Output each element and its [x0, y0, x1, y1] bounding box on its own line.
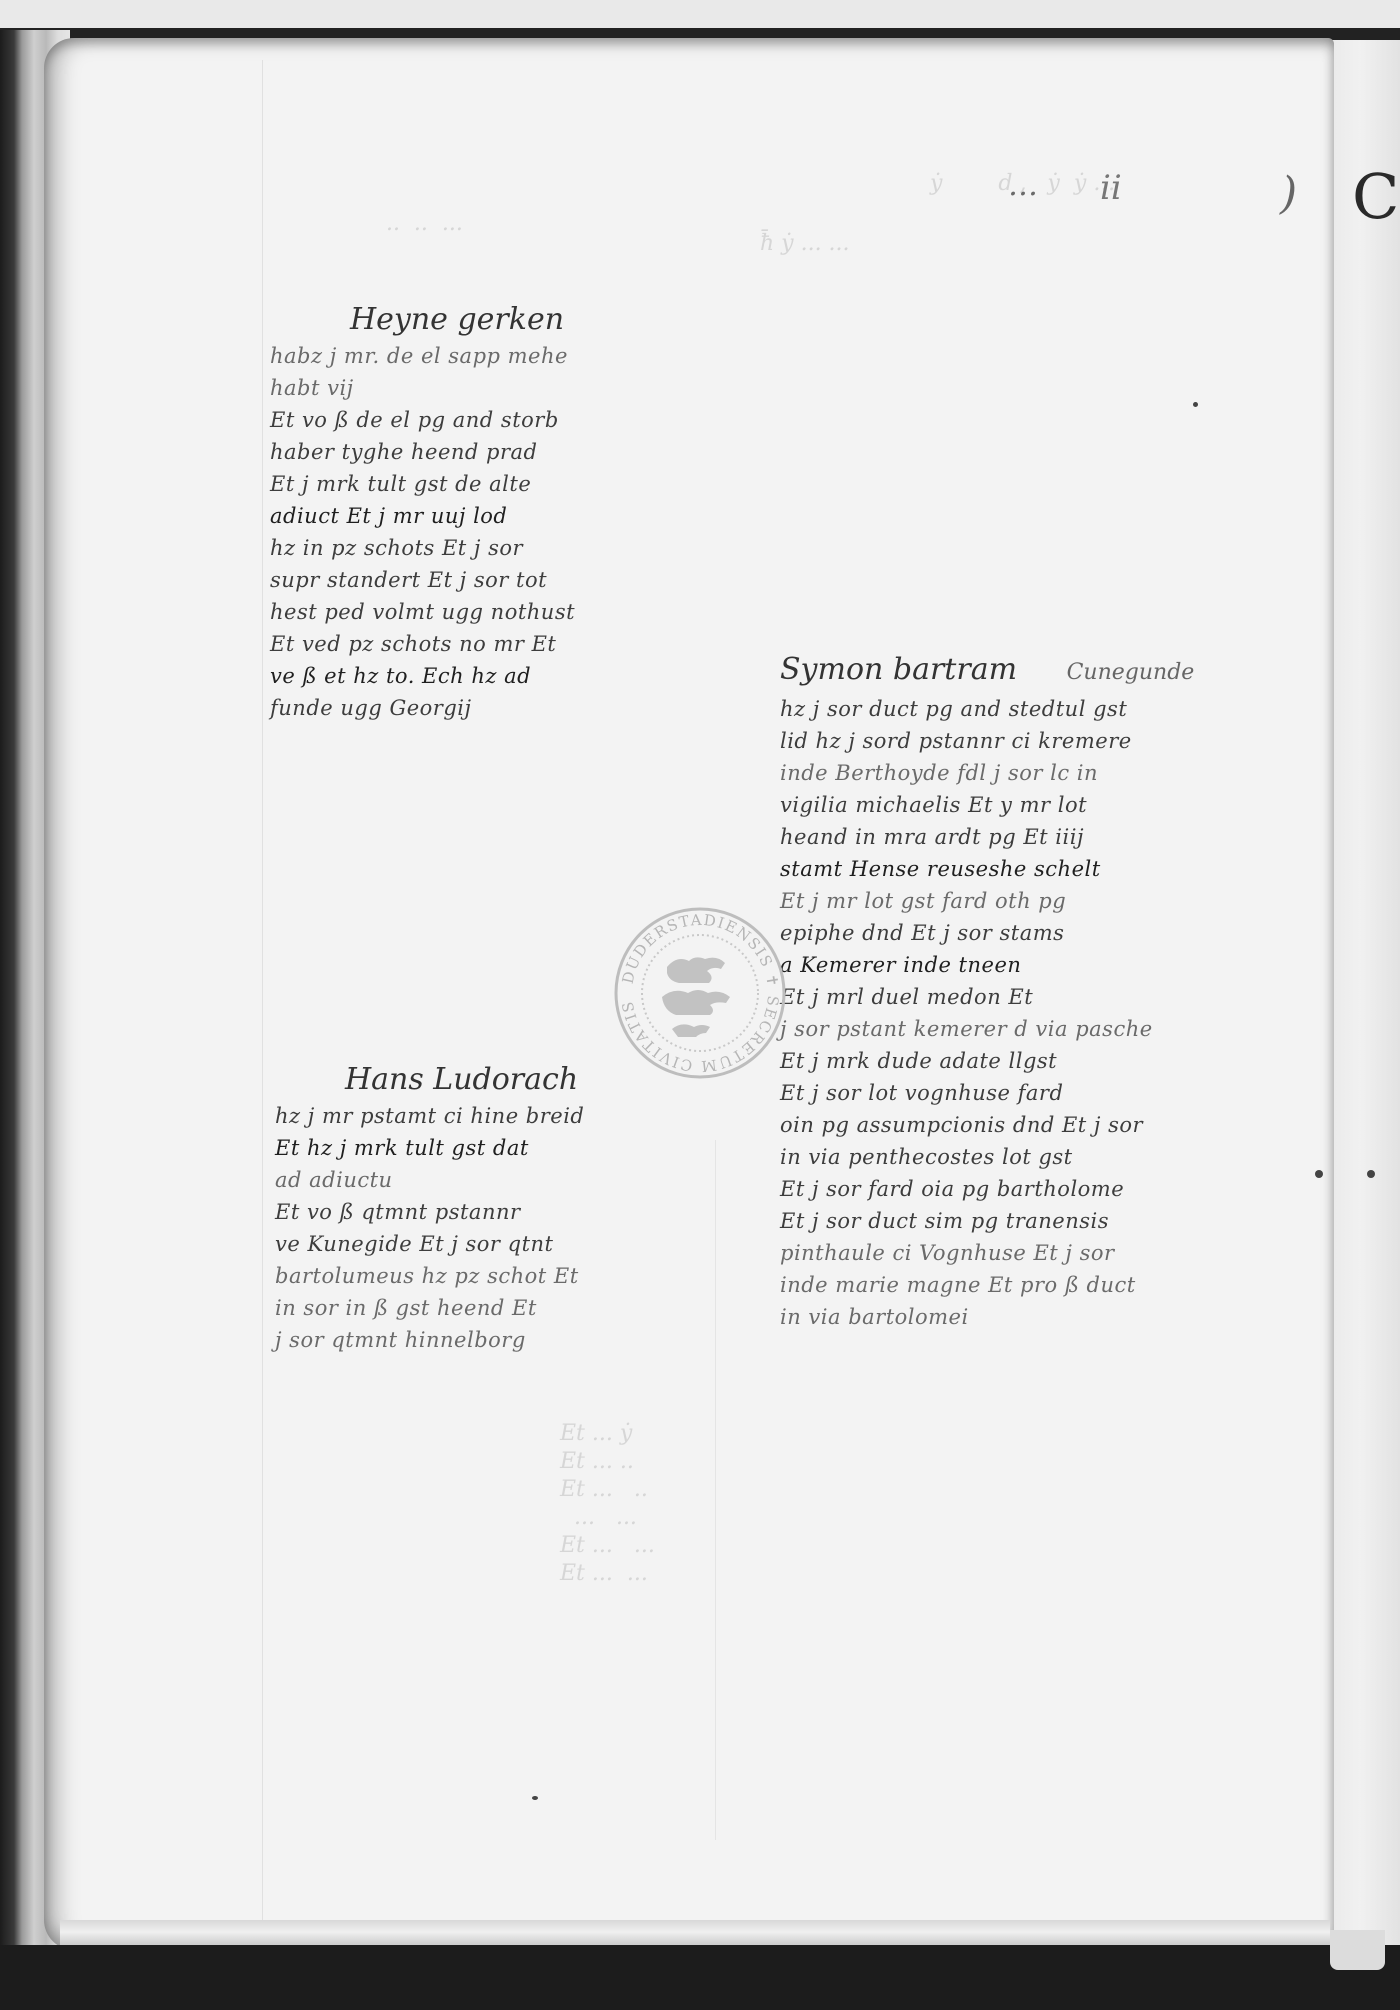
- entry-line: in sor in ß gst heend Et: [275, 1292, 584, 1324]
- entry-line: ad adiuctu: [275, 1164, 584, 1196]
- folio-letter: C: [1352, 160, 1399, 233]
- scan-bottom-background: [0, 1945, 1400, 2010]
- entry-line: pinthaule ci Vognhuse Et j sor: [780, 1237, 1194, 1269]
- entry-line: j sor pstant kemerer d via pasche: [780, 1013, 1194, 1045]
- entry-line: Et vo ß qtmnt pstannr: [275, 1196, 584, 1228]
- folio-mark-dots: …: [1008, 168, 1038, 203]
- entry-line: supr standert Et j sor tot: [270, 564, 575, 596]
- entry-heading-name: Symon bartram: [780, 652, 1017, 687]
- entry-line: Et j sor duct sim pg tranensis: [780, 1205, 1194, 1237]
- bleed-through-text: ħ̄ ẏ ... ...: [760, 230, 850, 258]
- entry-heyne-gerken: Heyne gerken habz j mr. de el sapp mehe …: [270, 300, 575, 724]
- entry-line: inde marie magne Et pro ß duct: [780, 1269, 1194, 1301]
- margin-ruling-line: [262, 60, 263, 1920]
- entry-line: heand in mra ardt pg Et iiij: [780, 821, 1194, 853]
- ink-spot: [1193, 402, 1198, 407]
- entry-hans-ludorach: Hans Ludorach hz j mr pstamt ci hine bre…: [275, 1060, 584, 1356]
- entry-line: Et j mrk tult gst de alte: [270, 468, 575, 500]
- entry-line: oin pg assumpcionis dnd Et j sor: [780, 1109, 1194, 1141]
- entry-line: in via bartolomei: [780, 1301, 1194, 1333]
- entry-line: hz in pz schots Et j sor: [270, 532, 575, 564]
- entry-line: haber tyghe heend prad: [270, 436, 575, 468]
- folio-mark-bracket: ): [1280, 168, 1297, 219]
- entry-line: hest ped volmt ugg nothust: [270, 596, 575, 628]
- entry-line: epiphe dnd Et j sor stams: [780, 917, 1194, 949]
- entry-line: funde ugg Georgij: [270, 692, 575, 724]
- entry-line: Et j mrk dude adate llgst: [780, 1045, 1194, 1077]
- page-tab: [1330, 1930, 1385, 1970]
- entry-line: inde Berthoyde fdl j sor lc in: [780, 757, 1194, 789]
- entry-line: ve Kunegide Et j sor qtnt: [275, 1228, 584, 1260]
- entry-heading: Symon bartram Cunegunde: [780, 650, 1194, 693]
- entry-line: vigilia michaelis Et y mr lot: [780, 789, 1194, 821]
- folio-mark-numeral: ii: [1100, 168, 1122, 208]
- ink-spot: [532, 1796, 538, 1800]
- entry-heading-suffix: Cunegunde: [1067, 660, 1195, 685]
- entry-line: a Kemerer inde tneen: [780, 949, 1194, 981]
- bleed-through-text: .. .. ...: [330, 210, 463, 238]
- entry-line: Et j mr lot gst fard oth pg: [780, 885, 1194, 917]
- city-seal-stamp: DUDERSTADIENSIS ✝ SECRETUM CIVITATIS: [612, 905, 788, 1081]
- bleed-through-text: Et ... ẏ Et ... .. Et ... .. ... ... Et …: [560, 1420, 655, 1588]
- entry-line: Et j sor lot vognhuse fard: [780, 1077, 1194, 1109]
- entry-line: stamt Hense reuseshe schelt: [780, 853, 1194, 885]
- entry-line: Et j sor fard oia pg bartholome: [780, 1173, 1194, 1205]
- entry-line: j sor qtmnt hinnelborg: [275, 1324, 584, 1356]
- entry-line: hz j sor duct pg and stedtul gst: [780, 693, 1194, 725]
- entry-line: in via penthecostes lot gst: [780, 1141, 1194, 1173]
- ink-spot: [1315, 1170, 1323, 1178]
- entry-line: Et vo ß de el pg and storb: [270, 404, 575, 436]
- entry-line: hz j mr pstamt ci hine breid: [275, 1100, 584, 1132]
- entry-line: ve ß et hz to. Ech hz ad: [270, 660, 575, 692]
- entry-line: Et ved pz schots no mr Et: [270, 628, 575, 660]
- entry-line: Et hz j mrk tult gst dat: [275, 1132, 584, 1164]
- entry-heading: Heyne gerken: [270, 300, 575, 340]
- entry-line: adiuct Et j mr uuj lod: [270, 500, 575, 532]
- entry-line: habt vij: [270, 372, 575, 404]
- entry-symon-bartram: Symon bartram Cunegunde hz j sor duct pg…: [780, 650, 1194, 1333]
- entry-line: Et j mrl duel medon Et: [780, 981, 1194, 1013]
- ink-spot: [1367, 1170, 1375, 1178]
- entry-line: lid hz j sord pstannr ci kremere: [780, 725, 1194, 757]
- lion-icon: [662, 957, 730, 1037]
- center-ruling-line: [715, 1140, 716, 1840]
- entry-heading: Hans Ludorach: [275, 1060, 584, 1100]
- entry-line: bartolumeus hz pz schot Et: [275, 1260, 584, 1292]
- entry-line: habz j mr. de el sapp mehe: [270, 340, 575, 372]
